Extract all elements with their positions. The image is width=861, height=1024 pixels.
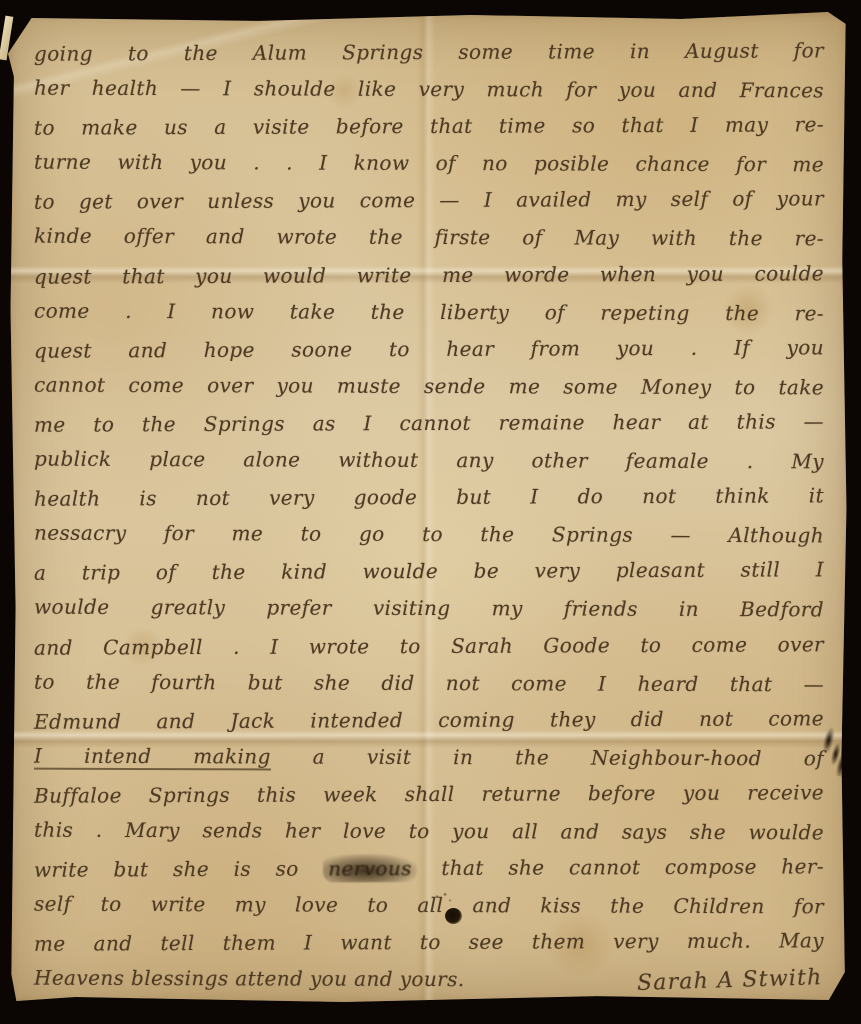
letter-body-text: going to the Alum Springs some time in A… (34, 34, 824, 998)
letter-line-20: I intend making a visit in the Neighbour… (34, 737, 824, 777)
letter-line-13: health is not very goode but I do not th… (34, 477, 824, 518)
line-segment: a visit in the Neighbour-hood of (271, 744, 824, 770)
line-segment: Heavens blessings attend you and yours. (34, 960, 465, 999)
letter-line-25: me and tell them I want to see them very… (34, 923, 824, 964)
letter-line-23: write but she is so nervous that she can… (34, 848, 824, 889)
letter-line-16: woulde greatly prefer visiting my friend… (34, 589, 824, 629)
letter-line-21: Buffaloe Springs this week shall returne… (34, 774, 824, 815)
line-segment: that she cannot compose her- (417, 854, 824, 880)
letter-line-12: publick place alone without any other fe… (34, 441, 824, 481)
screenshot-root: { "page": { "background_color": "#0b0503… (0, 0, 861, 1024)
letter-line-11: me to the Springs as I cannot remaine he… (34, 403, 824, 444)
letter-line-18: to the fourth but she did not come I hea… (34, 663, 824, 703)
letter-line-14: nessacry for me to go to the Springs — A… (34, 515, 824, 555)
letter-line-8: come . I now take the liberty of repetin… (34, 292, 824, 332)
letter-line-1: going to the Alum Springs some time in A… (34, 32, 824, 73)
letter-line-6: kinde offer and wrote the firste of May … (34, 218, 824, 258)
letter-paper: going to the Alum Springs some time in A… (8, 12, 849, 1004)
letter-line-24: self to write my love to all and kiss th… (34, 886, 824, 926)
letter-line-22: this . Mary sends her love to you all an… (34, 812, 824, 852)
letter-line-7: quest that you would write me worde when… (34, 255, 824, 296)
letter-line-9: quest and hope soone to hear from you . … (34, 329, 824, 370)
letter-line-26: Heavens blessings attend you and yours.S… (34, 960, 824, 1000)
signature: Sarah A Stwith (636, 959, 823, 1002)
letter-line-2: her health — I shoulde like very much fo… (34, 70, 824, 110)
letter-line-10: cannot come over you muste sende me some… (34, 366, 824, 406)
letter-line-4: turne with you . . I know of no posible … (34, 144, 824, 184)
letter-line-19: Edmund and Jack intended coming they did… (34, 700, 824, 741)
line-segment: write but she is so (34, 857, 323, 882)
ink-blot (445, 908, 462, 924)
letter-line-17: and Campbell . I wrote to Sarah Goode to… (34, 626, 824, 667)
ink-blot-specks (433, 892, 453, 904)
letter-line-3: to make us a visite before that time so … (34, 106, 824, 147)
smudged-word: nervous (323, 854, 417, 882)
edge-pink-mark (841, 280, 847, 292)
letter-line-5: to get over unless you come — I availed … (34, 181, 824, 222)
underlined-phrase: I intend making (34, 743, 271, 770)
letter-line-15: a trip of the kind woulde be very pleasa… (34, 552, 824, 593)
